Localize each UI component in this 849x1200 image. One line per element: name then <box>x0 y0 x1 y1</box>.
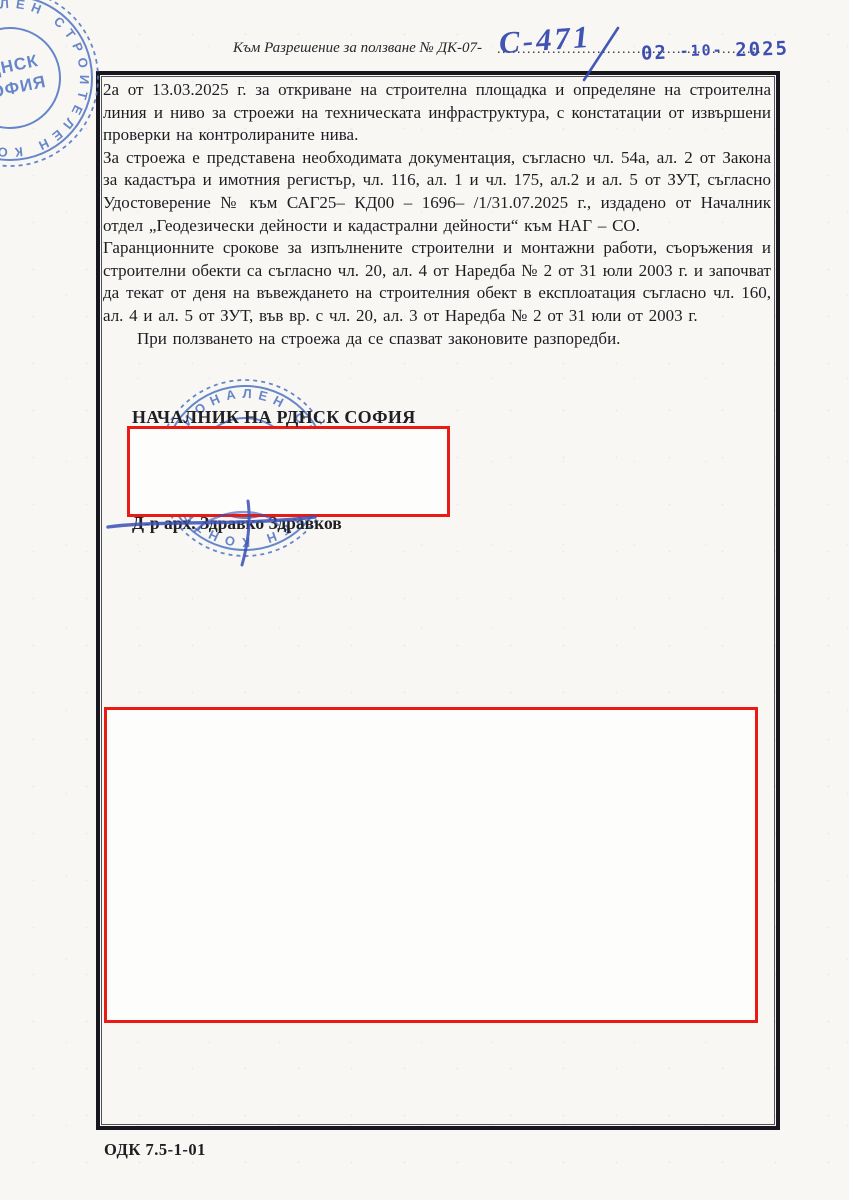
document-body-text: 2а от 13.03.2025 г. за откриване на стро… <box>103 79 771 350</box>
paragraph-opening-continuation: 2а от 13.03.2025 г. за откриване на стро… <box>103 79 771 147</box>
pen-signature-strokes <box>100 495 460 585</box>
stamp-center-line2: СОФИЯ <box>0 72 48 105</box>
paragraph-warranty-terms: Гаранционните срокове за изпълнените стр… <box>103 237 771 327</box>
date-stamp-year: 2025 <box>735 37 790 61</box>
signatory-title: НАЧАЛНИК НА РДНСК СОФИЯ <box>132 407 416 428</box>
paragraph-legal-compliance: При ползването на строежа да се спазват … <box>103 328 771 351</box>
handwritten-slash-stroke <box>578 24 624 86</box>
paragraph-documentation: За строежа е представена необходимата до… <box>103 147 771 237</box>
date-stamp-month: -10- <box>679 41 724 61</box>
form-code: ОДК 7.5-1-01 <box>104 1140 206 1160</box>
redaction-box-main <box>104 707 758 1023</box>
header-reference-label: Към Разрешение за ползване № ДК-07- <box>233 40 482 57</box>
incoming-date-stamp: 02 -10- 2025 <box>641 37 790 64</box>
rdnsk-round-stamp-top-left: НАЦИОНАЛЕН СТРОИТЕЛЕН КОНТРОЛ РДНСК СОФИ… <box>0 0 120 188</box>
scanned-document-page: НАЦИОНАЛЕН СТРОИТЕЛЕН КОНТРОЛ РДНСК СОФИ… <box>0 0 849 1200</box>
date-stamp-day: 02 <box>641 42 669 65</box>
